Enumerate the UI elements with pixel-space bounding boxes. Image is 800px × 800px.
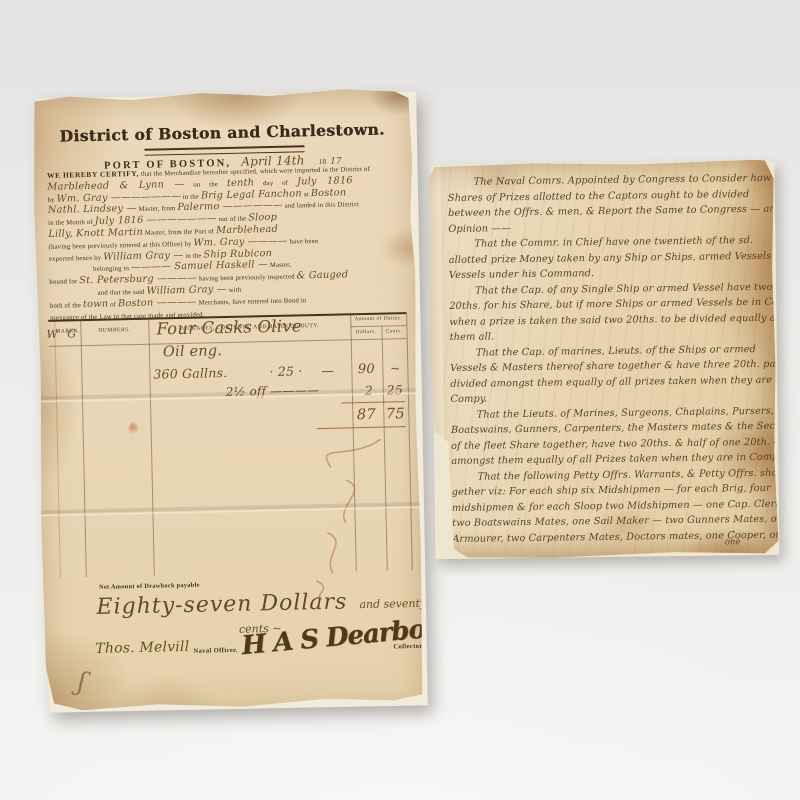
entry-line-1: Four Casks Olive [156,316,302,338]
customs-drawback-certificate: District of Boston and Charlestown. PORT… [31,88,424,711]
amount-words-small: and seventy-five [359,596,450,611]
naval-officer-signature: Thos. Melvill [95,639,189,657]
table-column-line [80,319,87,577]
column-header-cents: Cents. [381,328,406,335]
amount-in-words: Eighty-seven Dollars and seventy-five [96,587,450,620]
certification-paragraph: WE HEREBY CERTIFY, that the Merchandise … [47,160,404,321]
rate-value: · 25 · [269,363,302,379]
quantity-value: 360 Gallns. [153,365,227,382]
column-header-dollars: Dollars. [350,329,381,336]
total-cents: 75 [383,406,407,423]
duty-sum-rule [341,401,405,403]
table-column-line [406,312,413,570]
duties-subheader-line [350,325,406,327]
duty-cents-mark: ~ [386,361,404,375]
manuscript-text: The Naval Comrs. Appointed by Congress t… [448,171,769,547]
duty-total-rule [317,426,406,429]
pen-squiggle: ʃ [75,667,88,698]
entry-line-2: Oil eng. [163,343,223,360]
total-dollars: 87 [352,407,380,424]
table-header-bottom-line [49,338,407,347]
document-title: District of Boston and Charlestown. [32,119,412,146]
dash-mark: — [321,363,334,378]
duty-dollars: 90 [352,362,380,378]
column-header-numbers: NUMBERS. [80,327,148,334]
pen-flourish [284,433,398,600]
net-amount-label: Net Amount of Drawback payable [99,582,200,591]
marks-value: W G [46,327,79,341]
manuscript-prize-money-report: The Naval Comrs. Appointed by Congress t… [427,159,778,559]
table-column-line [148,318,155,576]
table-column-line [54,320,61,578]
amount-words-large: Eighty-seven Dollars [96,589,347,619]
naval-officer-label: Naval Officer. [193,647,238,655]
collector-label: Collector. [393,643,424,651]
ink-spot-stain [128,422,138,435]
column-header-duties: Amount of Duties. [350,315,406,322]
catchword: one [725,537,741,547]
photo-background: District of Boston and Charlestown. PORT… [0,0,800,800]
